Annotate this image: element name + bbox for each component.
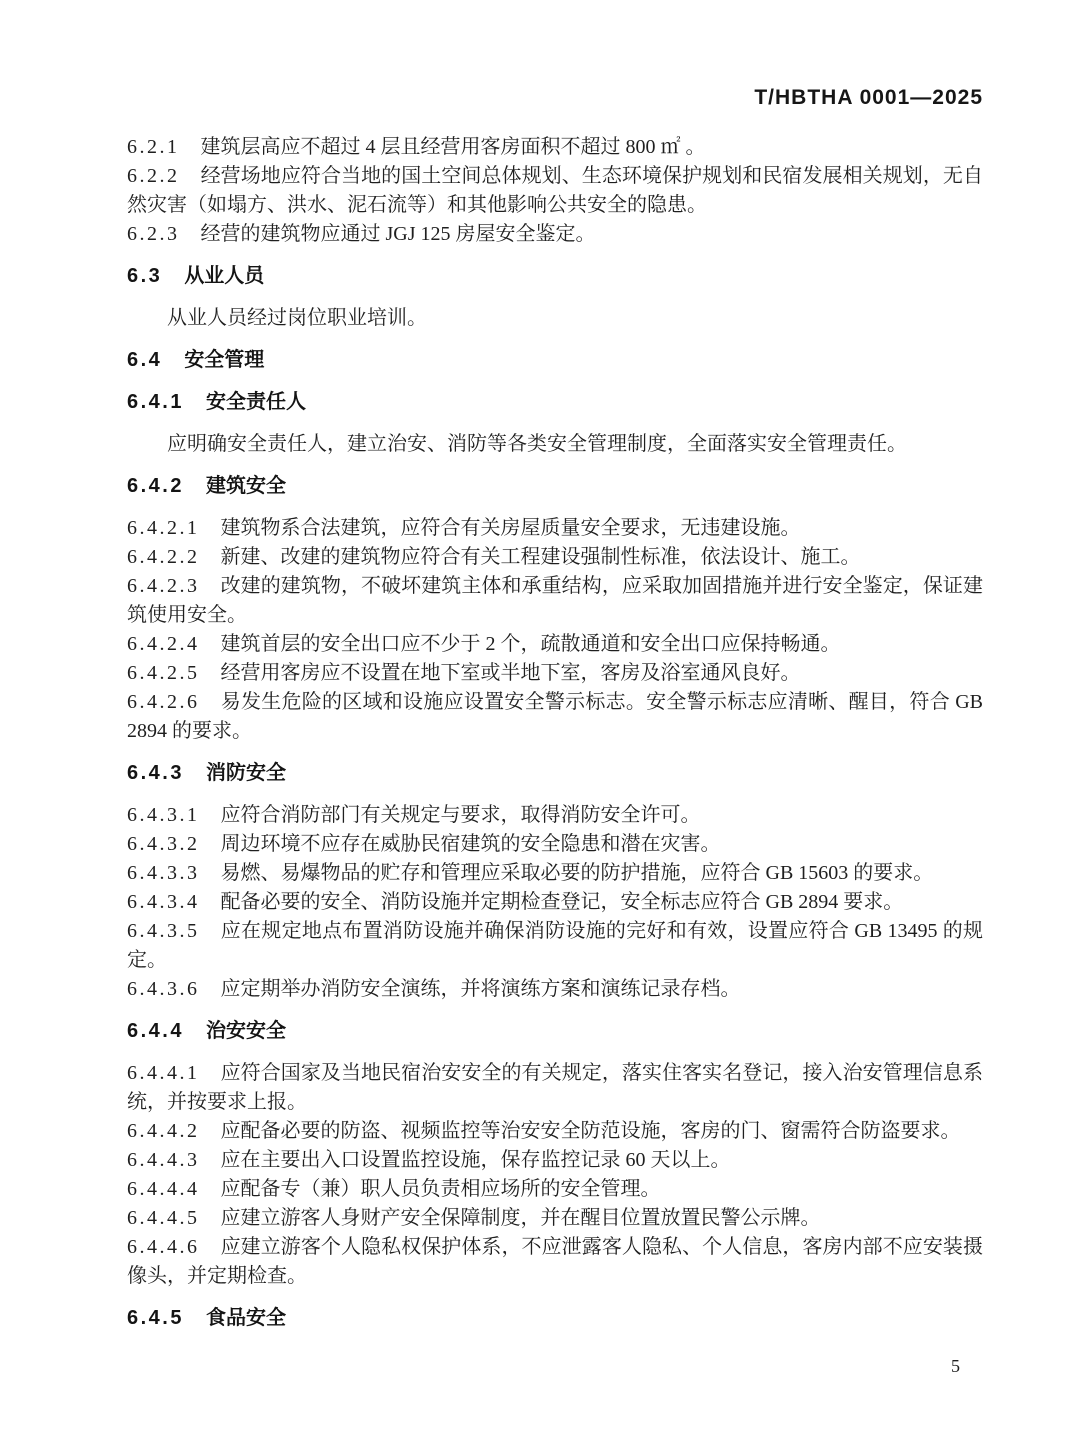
clause: 6.4.3.1应符合消防部门有关规定与要求，取得消防安全许可。 [127,801,983,830]
clause-text: 应符合国家及当地民宿治安安全的有关规定，落实住客实名登记，接入治安管理信息系统，… [127,1062,983,1113]
clause-number: 6.4.4.4 [127,1178,200,1200]
section-number: 6.4.1 [127,391,184,413]
section-number: 6.4.2 [127,475,184,497]
clause: 6.2.2经营场地应符合当地的国土空间总体规划、生态环境保护规划和民宿发展相关规… [127,162,983,220]
section-title: 治安安全 [206,1020,286,1042]
clause: 6.4.4.3应在主要出入口设置监控设施，保存监控记录 60 天以上。 [127,1146,983,1175]
clause: 6.4.2.5经营用客房应不设置在地下室或半地下室，客房及浴室通风良好。 [127,659,983,688]
clause: 6.4.2.4建筑首层的安全出口应不少于 2 个，疏散通道和安全出口应保持畅通。 [127,630,983,659]
clause-number: 6.4.4.2 [127,1120,200,1142]
clause-text: 应定期举办消防安全演练，并将演练方案和演练记录存档。 [221,978,741,1000]
clause-number: 6.4.2.4 [127,633,200,655]
paragraph: 从业人员经过岗位职业培训。 [127,304,983,333]
section-number: 6.3 [127,265,162,287]
clause-number: 6.4.2.1 [127,517,200,539]
section-heading: 6.4安全管理 [127,346,983,375]
clause: 6.4.2.1建筑物系合法建筑，应符合有关房屋质量安全要求，无违建设施。 [127,514,983,543]
clause: 6.4.2.2新建、改建的建筑物应符合有关工程建设强制性标准，依法设计、施工。 [127,543,983,572]
clause-number: 6.2.3 [127,223,180,245]
section-title: 食品安全 [206,1307,286,1329]
clause-number: 6.2.2 [127,165,180,187]
page-number: 5 [951,1356,960,1377]
section-title: 消防安全 [206,762,286,784]
clause: 6.4.4.4应配备专（兼）职人员负责相应场所的安全管理。 [127,1175,983,1204]
clause-number: 6.4.3.4 [127,891,200,913]
standard-number-header: T/HBTHA 0001—2025 [754,86,983,110]
clause-number: 6.4.4.3 [127,1149,200,1171]
clause-number: 6.4.3.6 [127,978,200,1000]
section-heading: 6.4.5食品安全 [127,1304,983,1333]
clause: 6.4.3.2周边环境不应存在威胁民宿建筑的安全隐患和潜在灾害。 [127,830,983,859]
clause-text: 应在规定地点布置消防设施并确保消防设施的完好和有效，设置应符合 GB 13495… [127,920,983,971]
section-title: 安全管理 [184,349,264,371]
clause-number: 6.4.4.1 [127,1062,200,1084]
clause: 6.4.2.3改建的建筑物，不破坏建筑主体和承重结构，应采取加固措施并进行安全鉴… [127,572,983,630]
paragraph: 应明确安全责任人，建立治安、消防等各类安全管理制度，全面落实安全管理责任。 [127,430,983,459]
section-number: 6.4.4 [127,1020,184,1042]
document-content: 6.2.1建筑层高应不超过 4 层且经营用客房面积不超过 800 ㎡ 。6.2.… [127,133,983,1346]
clause-text: 应符合消防部门有关规定与要求，取得消防安全许可。 [221,804,701,826]
section-number: 6.4.5 [127,1307,184,1329]
clause-number: 6.4.2.3 [127,575,200,597]
section-heading: 6.4.1安全责任人 [127,388,983,417]
clause-number: 6.4.4.6 [127,1236,200,1258]
clause-number: 6.4.3.5 [127,920,200,942]
clause-text: 易燃、易爆物品的贮存和管理应采取必要的防护措施，应符合 GB 15603 的要求… [221,862,934,884]
clause: 6.4.4.6应建立游客个人隐私权保护体系，不应泄露客人隐私、个人信息，客房内部… [127,1233,983,1291]
clause: 6.4.3.6应定期举办消防安全演练，并将演练方案和演练记录存档。 [127,975,983,1004]
clause-number: 6.4.2.2 [127,546,200,568]
clause-text: 周边环境不应存在威胁民宿建筑的安全隐患和潜在灾害。 [221,833,721,855]
clause: 6.4.3.4配备必要的安全、消防设施并定期检查登记，安全标志应符合 GB 28… [127,888,983,917]
section-number: 6.4 [127,349,162,371]
clause: 6.4.4.5应建立游客人身财产安全保障制度，并在醒目位置放置民警公示牌。 [127,1204,983,1233]
document-page: T/HBTHA 0001—2025 6.2.1建筑层高应不超过 4 层且经营用客… [0,0,1080,1440]
clause-text: 易发生危险的区域和设施应设置安全警示标志。安全警示标志应清晰、醒目，符合 GB … [127,691,983,742]
clause: 6.4.3.5应在规定地点布置消防设施并确保消防设施的完好和有效，设置应符合 G… [127,917,983,975]
clause-text: 建筑物系合法建筑，应符合有关房屋质量安全要求，无违建设施。 [221,517,801,539]
clause-number: 6.4.3.2 [127,833,200,855]
section-title: 建筑安全 [206,475,286,497]
clause-text: 新建、改建的建筑物应符合有关工程建设强制性标准，依法设计、施工。 [221,546,861,568]
clause-text: 改建的建筑物，不破坏建筑主体和承重结构，应采取加固措施并进行安全鉴定，保证建筑使… [127,575,983,626]
clause-text: 建筑首层的安全出口应不少于 2 个，疏散通道和安全出口应保持畅通。 [221,633,841,655]
clause-number: 6.4.3.3 [127,862,200,884]
clause-text: 经营用客房应不设置在地下室或半地下室，客房及浴室通风良好。 [221,662,801,684]
clause-text: 经营的建筑物应通过 JGJ 125 房屋安全鉴定。 [201,223,596,245]
clause-text: 应在主要出入口设置监控设施，保存监控记录 60 天以上。 [221,1149,731,1171]
clause-text: 应建立游客个人隐私权保护体系，不应泄露客人隐私、个人信息，客房内部不应安装摄像头… [127,1236,983,1287]
clause-text: 应配备必要的防盗、视频监控等治安安全防范设施，客房的门、窗需符合防盗要求。 [221,1120,961,1142]
clause-number: 6.4.2.6 [127,691,200,713]
section-heading: 6.4.2建筑安全 [127,472,983,501]
clause: 6.4.2.6易发生危险的区域和设施应设置安全警示标志。安全警示标志应清晰、醒目… [127,688,983,746]
section-heading: 6.4.3消防安全 [127,759,983,788]
section-title: 从业人员 [184,265,264,287]
section-heading: 6.4.4治安安全 [127,1017,983,1046]
section-title: 安全责任人 [206,391,306,413]
section-heading: 6.3从业人员 [127,262,983,291]
clause: 6.4.3.3易燃、易爆物品的贮存和管理应采取必要的防护措施，应符合 GB 15… [127,859,983,888]
clause-number: 6.4.2.5 [127,662,200,684]
clause: 6.4.4.1应符合国家及当地民宿治安安全的有关规定，落实住客实名登记，接入治安… [127,1059,983,1117]
clause-text: 经营场地应符合当地的国土空间总体规划、生态环境保护规划和民宿发展相关规划，无自然… [127,165,983,216]
clause: 6.2.3经营的建筑物应通过 JGJ 125 房屋安全鉴定。 [127,220,983,249]
clause-text: 应建立游客人身财产安全保障制度，并在醒目位置放置民警公示牌。 [221,1207,821,1229]
clause: 6.2.1建筑层高应不超过 4 层且经营用客房面积不超过 800 ㎡ 。 [127,133,983,162]
clause: 6.4.4.2应配备必要的防盗、视频监控等治安安全防范设施，客房的门、窗需符合防… [127,1117,983,1146]
clause-text: 应配备专（兼）职人员负责相应场所的安全管理。 [221,1178,661,1200]
clause-number: 6.2.1 [127,136,180,158]
clause-text: 建筑层高应不超过 4 层且经营用客房面积不超过 800 ㎡ 。 [201,136,706,158]
clause-number: 6.4.3.1 [127,804,200,826]
section-number: 6.4.3 [127,762,184,784]
clause-text: 配备必要的安全、消防设施并定期检查登记，安全标志应符合 GB 2894 要求。 [221,891,904,913]
clause-number: 6.4.4.5 [127,1207,200,1229]
